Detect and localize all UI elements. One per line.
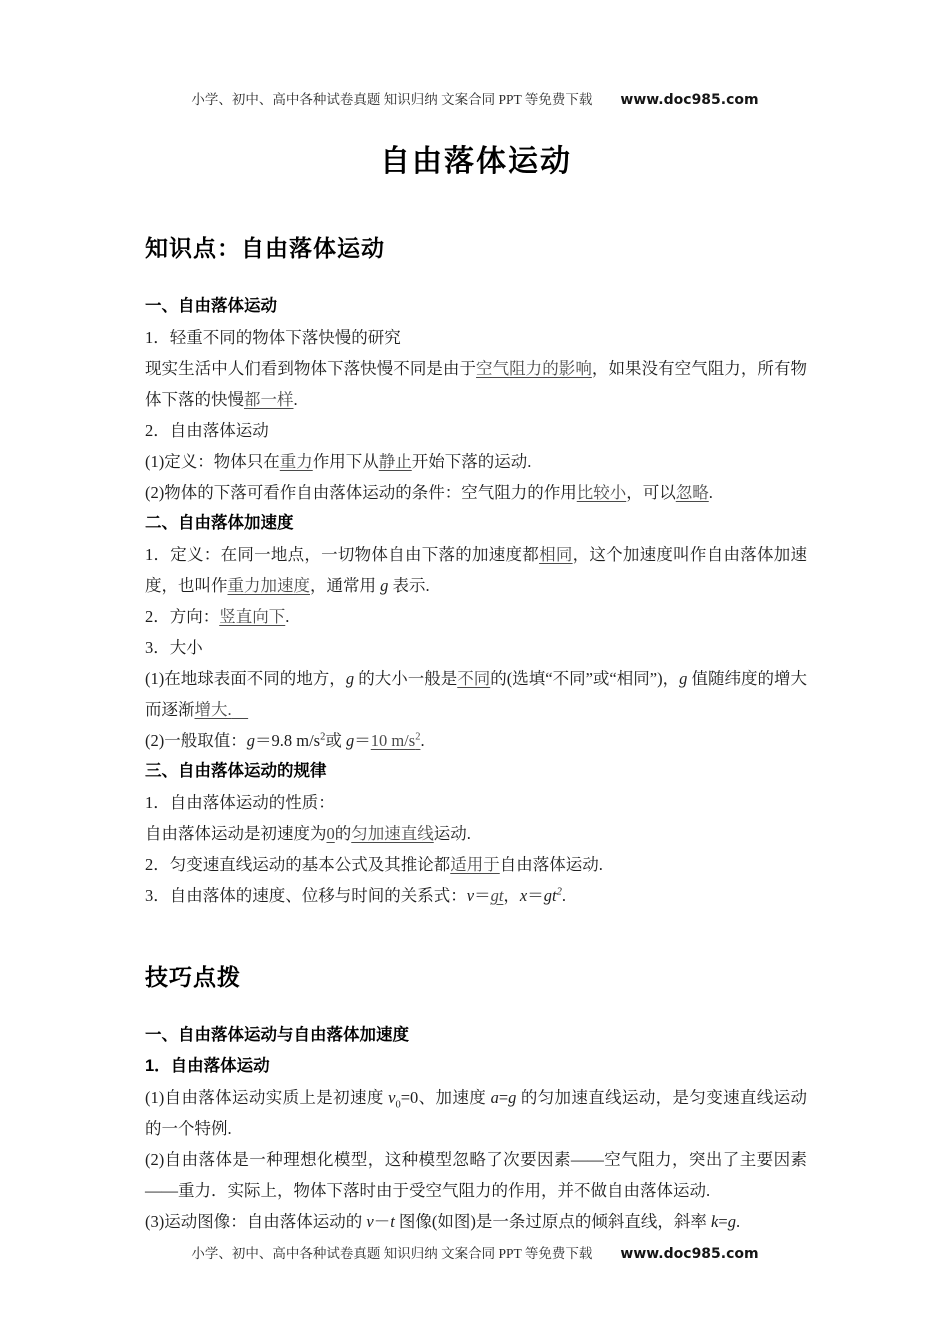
answer-text: 静止 [379, 452, 412, 471]
text-segment: 2．匀变速直线运动的基本公式及其推论都 [145, 855, 450, 874]
section-heading: 知识点：自由落体运动 [145, 232, 807, 265]
text-segment: (2)自由落体是一种理想化模型，这种模型忽略了次要因素——空气阻力，突出了主要因… [145, 1150, 807, 1200]
text-segment: (2)物体的下落可看作自由落体运动的条件：空气阻力的作用 [145, 483, 577, 502]
sub-heading: 三、自由落体运动的规律 [145, 756, 807, 787]
answer-text: 适用于 [450, 855, 500, 874]
text-segment: 3．大小 [145, 638, 203, 657]
paragraph: 2．方向：竖直向下. [145, 601, 807, 632]
text-segment: (1)定义：物体只在 [145, 452, 280, 471]
text-segment: . [420, 731, 424, 750]
text-segment: 1．定义：在同一地点，一切物体自由下落的加速度都 [145, 545, 539, 564]
header-text: 小学、初中、高中各种试卷真题 知识归纳 文案合同 PPT 等免费下载 [191, 92, 592, 107]
text-segment: g [728, 1212, 736, 1231]
text-segment: ，可以 [626, 483, 676, 502]
text-segment: 3．自由落体的速度、位移与时间的关系式： [145, 886, 467, 905]
text-segment: 图像(如图)是一条过原点的倾斜直线，斜率 [395, 1212, 711, 1231]
text-segment: 1．轻重不同的物体下落快慢的研究 [145, 328, 401, 347]
page-footer: 小学、初中、高中各种试卷真题 知识归纳 文案合同 PPT 等免费下载www.do… [0, 1242, 950, 1262]
paragraph: (2)一般取值：g＝9.8 m/s2或 g＝10 m/s2. [145, 725, 807, 756]
paragraph: (1)定义：物体只在重力作用下从静止开始下落的运动. [145, 446, 807, 477]
answer-text: 匀加速直线 [351, 824, 434, 843]
answer-text: 都一样 [244, 390, 294, 409]
text-segment: = [718, 1212, 727, 1231]
sub-heading: 二、自由落体加速度 [145, 508, 807, 539]
paragraph: (1)自由落体运动实质上是初速度 v0=0、加速度 a=g 的匀加速直线运动，是… [145, 1082, 807, 1144]
text-segment: 2．自由落体运动 [145, 421, 269, 440]
text-segment: 技巧点拨 [145, 964, 241, 990]
text-segment: . [736, 1212, 740, 1231]
answer-text: 增大. [195, 700, 232, 719]
text-segment: g [346, 731, 354, 750]
text-segment: 自由落体运动. [500, 855, 603, 874]
paragraph: (3)运动图像：自由落体运动的 v－t 图像(如图)是一条过原点的倾斜直线，斜率… [145, 1206, 807, 1237]
text-segment: 现实生活中人们看到物体下落快慢不同是由于 [145, 359, 476, 378]
text-segment: 一、自由落体运动与自由落体加速度 [145, 1026, 409, 1044]
text-segment: gt [544, 886, 557, 905]
paragraph: 1．定义：在同一地点，一切物体自由下落的加速度都相同，这个加速度叫作自由落体加速… [145, 539, 807, 601]
text-segment: ＝ [354, 731, 371, 750]
answer-text: 竖直向下 [219, 607, 285, 626]
text-segment: 表示. [388, 576, 429, 595]
text-segment: 三、自由落体运动的规律 [145, 762, 327, 780]
answer-text: 重力 [280, 452, 313, 471]
answer-text: 10 m/s [371, 731, 415, 750]
paragraph: 2．匀变速直线运动的基本公式及其推论都适用于自由落体运动. [145, 849, 807, 880]
text-segment: v [366, 1212, 373, 1231]
text-segment: v [388, 1088, 395, 1107]
text-segment: (1)在地球表面不同的地方， [145, 669, 346, 688]
text-segment: 的大小一般是 [354, 669, 457, 688]
answer-text: 不同 [457, 669, 490, 688]
text-segment: . [294, 390, 298, 409]
text-segment: ， [503, 886, 520, 905]
paragraph: 自由落体运动是初速度为0的匀加速直线运动. [145, 818, 807, 849]
document-page: 自由落体运动 知识点：自由落体运动一、自由落体运动1．轻重不同的物体下落快慢的研… [145, 142, 807, 1237]
paragraph: (2)物体的下落可看作自由落体运动的条件：空气阻力的作用比较小，可以忽略. [145, 477, 807, 508]
answer-text [232, 700, 249, 719]
paragraph: 1．轻重不同的物体下落快慢的研究 [145, 322, 807, 353]
text-segment: 的 [335, 824, 352, 843]
text-segment: ＝ [474, 886, 491, 905]
paragraph: 3．大小 [145, 632, 807, 663]
answer-text: 空气阻力的影响 [476, 359, 592, 378]
text-segment: 作用下从 [313, 452, 379, 471]
text-segment: 运动. [434, 824, 471, 843]
text-segment: v [467, 886, 474, 905]
sub-heading: 一、自由落体运动与自由落体加速度 [145, 1020, 807, 1051]
answer-text: 相同 [539, 545, 573, 564]
text-segment: 的(选填“不同”或“相同”)， [490, 669, 679, 688]
text-segment: 或 [325, 731, 346, 750]
text-segment: 1．自由落体运动 [145, 1057, 270, 1075]
text-segment: . [285, 607, 289, 626]
text-segment: (3)运动图像：自由落体运动的 [145, 1212, 366, 1231]
page-title: 自由落体运动 [145, 142, 807, 182]
text-segment: 开始下落的运动. [412, 452, 532, 471]
answer-text: gt [491, 886, 504, 905]
paragraph: 1．自由落体运动的性质： [145, 787, 807, 818]
paragraph: 3．自由落体的速度、位移与时间的关系式：v＝gt，x＝gt2. [145, 880, 807, 911]
sub-heading: 1．自由落体运动 [145, 1051, 807, 1082]
text-segment: g [247, 731, 255, 750]
text-segment: ＝ [527, 886, 544, 905]
text-segment: 1．自由落体运动的性质： [145, 793, 335, 812]
text-segment: ，通常用 [310, 576, 380, 595]
text-segment: g [346, 669, 354, 688]
text-segment: . [562, 886, 566, 905]
text-segment: 自由落体运动是初速度为 [145, 824, 327, 843]
footer-text: 小学、初中、高中各种试卷真题 知识归纳 文案合同 PPT 等免费下载 [191, 1246, 592, 1261]
text-segment: = [499, 1088, 508, 1107]
text-segment: 一、自由落体运动 [145, 297, 277, 315]
text-segment: ＝9.8 m/s [255, 731, 320, 750]
text-segment: a [491, 1088, 499, 1107]
text-segment: (1)自由落体运动实质上是初速度 [145, 1088, 388, 1107]
answer-text: 重力加速度 [228, 576, 311, 595]
sub-heading: 一、自由落体运动 [145, 291, 807, 322]
header-url: www.doc985.com [620, 92, 758, 108]
text-segment: 知识点：自由落体运动 [145, 235, 385, 261]
answer-text: 忽略 [676, 483, 709, 502]
paragraph: (1)在地球表面不同的地方，g 的大小一般是不同的(选填“不同”或“相同”)，g… [145, 663, 807, 725]
answer-text: 0 [327, 824, 335, 843]
paragraph: 现实生活中人们看到物体下落快慢不同是由于空气阻力的影响，如果没有空气阻力，所有物… [145, 353, 807, 415]
text-segment: 2．方向： [145, 607, 219, 626]
text-segment: － [374, 1212, 391, 1231]
text-segment: =0、加速度 [401, 1088, 491, 1107]
section-heading: 技巧点拨 [145, 961, 807, 994]
text-segment: (2)一般取值： [145, 731, 247, 750]
paragraph: 2．自由落体运动 [145, 415, 807, 446]
footer-url: www.doc985.com [620, 1246, 758, 1262]
page-header: 小学、初中、高中各种试卷真题 知识归纳 文案合同 PPT 等免费下载www.do… [0, 88, 950, 108]
text-segment: 二、自由落体加速度 [145, 514, 294, 532]
answer-text: 比较小 [577, 483, 627, 502]
paragraph: (2)自由落体是一种理想化模型，这种模型忽略了次要因素——空气阻力，突出了主要因… [145, 1144, 807, 1206]
text-segment: . [709, 483, 713, 502]
document-body: 知识点：自由落体运动一、自由落体运动1．轻重不同的物体下落快慢的研究现实生活中人… [145, 232, 807, 1237]
